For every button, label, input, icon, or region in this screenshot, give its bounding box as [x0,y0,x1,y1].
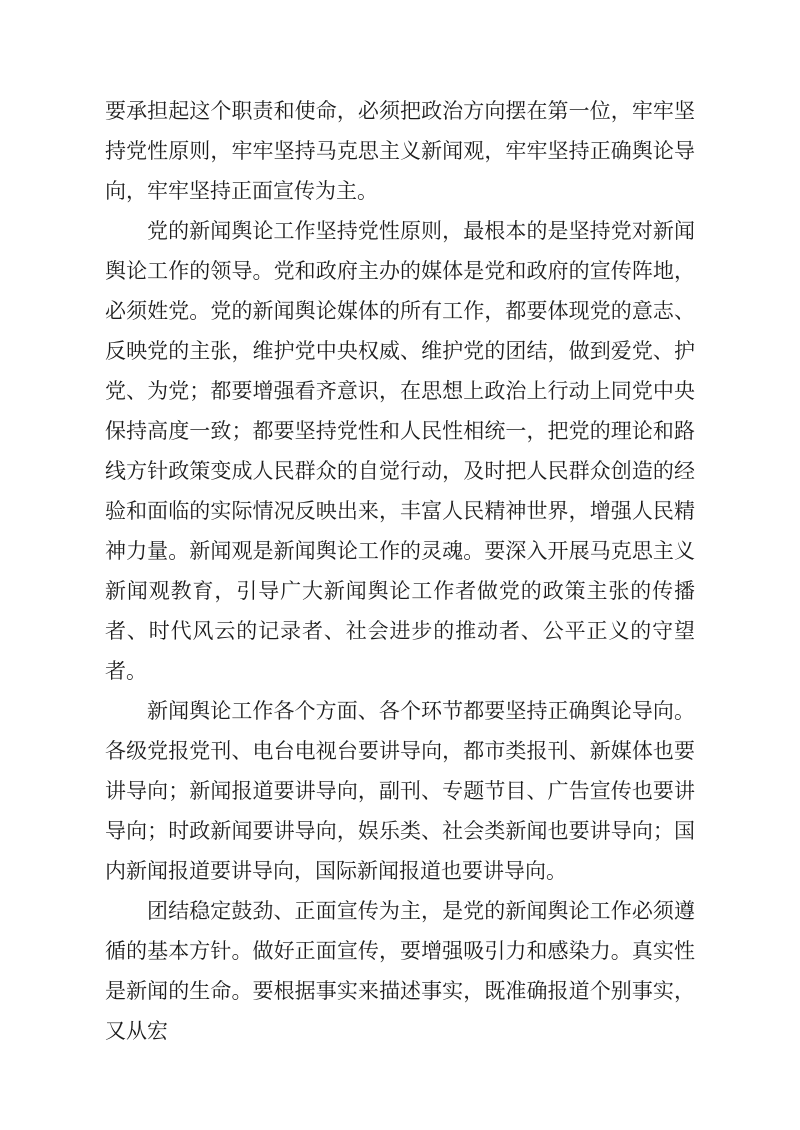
document-page: 要承担起这个职责和使命，必须把政治方向摆在第一位，牢牢坚持党性原则，牢牢坚持马克… [0,0,800,1130]
paragraph: 党的新闻舆论工作坚持党性原则，最根本的是坚持党对新闻舆论工作的领导。党和政府主办… [105,212,695,692]
paragraph: 要承担起这个职责和使命，必须把政治方向摆在第一位，牢牢坚持党性原则，牢牢坚持马克… [105,92,695,212]
paragraph: 团结稳定鼓劲、正面宣传为主，是党的新闻舆论工作必须遵循的基本方针。做好正面宣传，… [105,892,695,1052]
document-body: 要承担起这个职责和使命，必须把政治方向摆在第一位，牢牢坚持党性原则，牢牢坚持马克… [105,92,695,1052]
paragraph: 新闻舆论工作各个方面、各个环节都要坚持正确舆论导向。各级党报党刊、电台电视台要讲… [105,692,695,892]
